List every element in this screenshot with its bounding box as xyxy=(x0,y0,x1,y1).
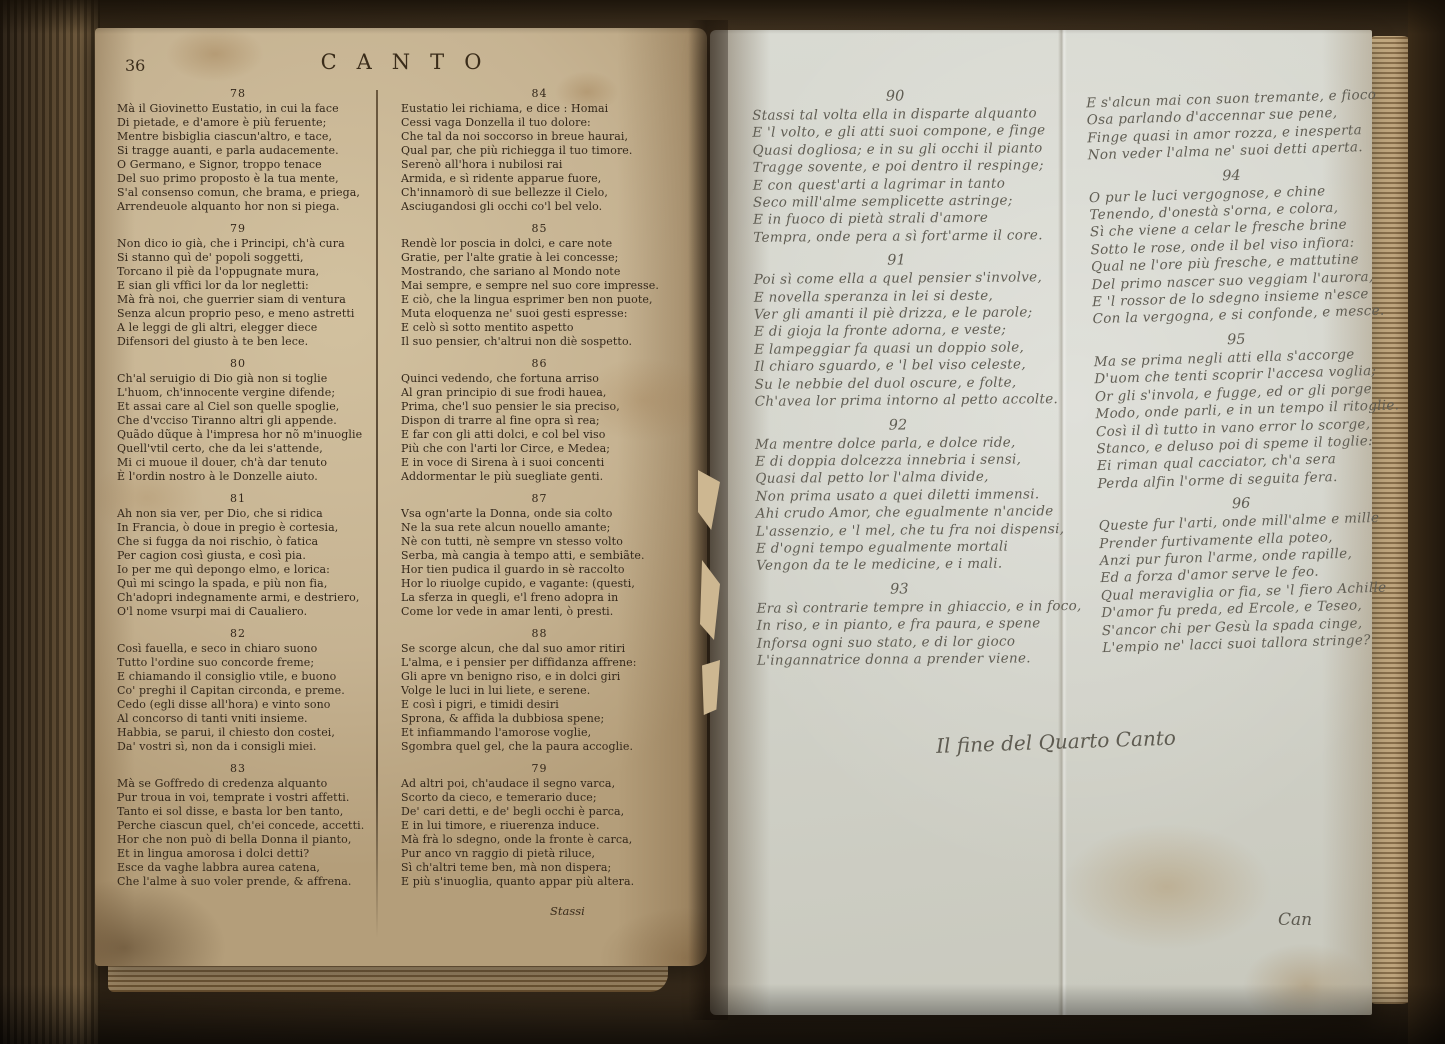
verse-line: Quì mi scingo la spada, e più non fia, xyxy=(117,577,373,591)
verse-line: Serba, mà cangia à tempo atti, e sembiãt… xyxy=(401,549,692,563)
verse-line: Di pietade, e d'amore è più feruente; xyxy=(117,116,373,130)
verse-line: In Francia, ò doue in pregio è cortesia, xyxy=(117,521,373,535)
verse-line: Eustatio lei richiama, e dice : Homai xyxy=(401,102,692,116)
manuscript-stanza: 94 O pur le luci vergognose, e chine Ten… xyxy=(1066,163,1401,330)
verse-line: Cessi vaga Donzella il tuo dolore: xyxy=(401,116,692,130)
print-column-right: 84 Eustatio lei richiama, e dice : Homai… xyxy=(387,88,692,898)
verse-line: Co' preghi il Capitan circonda, e preme. xyxy=(117,684,373,698)
verse-line: Vsa ogn'arte la Donna, onde sia colto xyxy=(401,507,692,521)
manuscript-catchword: Can xyxy=(1278,910,1312,930)
verse-line: O Germano, e Signor, troppo tenace xyxy=(117,158,373,172)
verse-line: Mà se Goffredo di credenza alquanto xyxy=(117,777,373,791)
stanza-number: 88 xyxy=(387,628,692,640)
manuscript-stanza: E s'alcun mai con suon tremante, e fioco… xyxy=(1064,86,1396,165)
stanza: 86 Quinci vedendo, che fortuna arriso Al… xyxy=(387,358,692,484)
verse-line: Quell'vtil certo, che da lei s'attende, xyxy=(117,442,373,456)
verse-line: Al gran principio di sue frodi hauea, xyxy=(401,386,692,400)
verse-line: Hor lo riuolge cupido, e vagante: (quest… xyxy=(401,577,692,591)
verse-line: Mai sempre, e sempre nel suo core impres… xyxy=(401,279,692,293)
verse-line: Tutto l'ordine suo concorde freme; xyxy=(117,656,373,670)
stanza-lines: Stassi tal volta ella in disparte alquan… xyxy=(730,105,1061,247)
verse-line: Se scorge alcun, che dal suo amor ritiri xyxy=(401,642,692,656)
verse-line: Torcano il piè da l'oppugnate mura, xyxy=(117,265,373,279)
verse-line: Ch'innamorò di sue bellezze il Cielo, xyxy=(401,186,692,200)
verse-line: Perche ciascun quel, ch'ei concede, acce… xyxy=(117,819,373,833)
manuscript-stanza: 95 Ma se prima negli atti ella s'accorge… xyxy=(1071,327,1406,494)
verse-line: Prima, che'l suo pensier le sia preciso, xyxy=(401,400,692,414)
verse-line: Il suo pensier, ch'altrui non diè sospet… xyxy=(401,335,692,349)
stanza-number: 78 xyxy=(103,88,373,100)
verse-line: E chiamando il consiglio vtile, e buono xyxy=(117,670,373,684)
stanza-lines: Vsa ogn'arte la Donna, onde sia colto Ne… xyxy=(387,507,692,619)
verse-line: Pur anco vn raggio di pietà riluce, xyxy=(401,847,692,861)
verse-line: Vengon da te le medicine, e i mali. xyxy=(756,555,1064,575)
verse-line: E sian gli vffici lor da lor negletti: xyxy=(117,279,373,293)
manuscript-column-right: E s'alcun mai con suon tremante, e fioco… xyxy=(1064,86,1411,665)
verse-line: Più che con l'arti lor Circe, e Medea; xyxy=(401,442,692,456)
verse-line: Armida, e sì ridente apparue fuore, xyxy=(401,172,692,186)
verse-line: Sì ch'altri teme ben, mà non dispera; xyxy=(401,861,692,875)
verse-line: Sgombra quel gel, che la paura accoglie. xyxy=(401,740,692,754)
verse-line: La sferza in quegli, e'l freno adopra in xyxy=(401,591,692,605)
verse-line: Addormentar le più suegliate genti. xyxy=(401,470,692,484)
stanza-number: 85 xyxy=(387,223,692,235)
verse-line: Qual par, che più richiegga il tuo timor… xyxy=(401,144,692,158)
verse-line: Ch'al seruigio di Dio già non si toglie xyxy=(117,372,373,386)
verse-line: A le leggi de gli altri, elegger diece xyxy=(117,321,373,335)
stanza-lines: E s'alcun mai con suon tremante, e fioco… xyxy=(1064,86,1396,165)
stanza-lines: Ma mentre dolce parla, e dolce ride, E d… xyxy=(733,434,1064,576)
stanza-number: 83 xyxy=(103,763,373,775)
verse-line: Come lor vede in amar lenti, ò presti. xyxy=(401,605,692,619)
verse-line: Et in lingua amorosa i dolci detti? xyxy=(117,847,373,861)
column-rule xyxy=(376,90,378,938)
verse-line: Si tragge auanti, e parla audacemente. xyxy=(117,144,373,158)
verse-line: Ad altri poi, ch'audace il segno varca, xyxy=(401,777,692,791)
verse-line: Dispon di trarre al fine opra sì rea; xyxy=(401,414,692,428)
verse-line: Ahi crudo Amor, che egualmente n'ancide xyxy=(756,503,1064,523)
verse-line: Che tal da noi soccorso in breue haurai, xyxy=(401,130,692,144)
verse-line: E in voce di Sirena à i suoi concenti xyxy=(401,456,692,470)
stanza-number: 87 xyxy=(387,493,692,505)
verse-line: Serenò all'hora i nubilosi rai xyxy=(401,158,692,172)
verse-line: L'assenzio, e 'l mel, che tu fra noi dis… xyxy=(756,521,1064,541)
stanza: 81 Ah non sia ver, per Dio, che si ridic… xyxy=(103,493,373,619)
verse-line: Quãdo dũque à l'impresa hor nõ m'inuogli… xyxy=(117,428,373,442)
stanza-lines: Così fauella, e seco in chiaro suono Tut… xyxy=(103,642,373,754)
verse-line: L'ingannatrice donna a prender viene. xyxy=(757,650,1065,670)
verse-line: Volge le luci in lui liete, e serene. xyxy=(401,684,692,698)
bottom-shadow xyxy=(0,984,1445,1044)
verse-line: L'huom, ch'innocente vergine difende; xyxy=(117,386,373,400)
verse-line: Mostrando, che sariano al Mondo note xyxy=(401,265,692,279)
verse-line: Hor che non può di bella Donna il pianto… xyxy=(117,833,373,847)
stanza-number: 82 xyxy=(103,628,373,640)
verse-line: Che l'alme à suo voler prende, & affrena… xyxy=(117,875,373,889)
verse-line: Mi ci muoue il douer, ch'à dar tenuto xyxy=(117,456,373,470)
catchword: Stassi xyxy=(550,904,585,918)
print-column-left: 78 Mà il Giovinetto Eustatio, in cui la … xyxy=(103,88,373,898)
stanza-lines: Non dico io già, che i Principi, ch'à cu… xyxy=(103,237,373,349)
stanza: 85 Rendè lor poscia in dolci, e care not… xyxy=(387,223,692,349)
stanza: 87 Vsa ogn'arte la Donna, onde sia colto… xyxy=(387,493,692,619)
verse-line: Così fauella, e seco in chiaro suono xyxy=(117,642,373,656)
stanza-number: 92 xyxy=(733,416,1063,435)
manuscript-stanza: 93 Era sì contrarie tempre in ghiaccio, … xyxy=(734,580,1065,671)
stanza: 84 Eustatio lei richiama, e dice : Homai… xyxy=(387,88,692,214)
verse-line: E far con gli atti dolci, e col bel viso xyxy=(401,428,692,442)
manuscript-stanza: 90 Stassi tal volta ella in disparte alq… xyxy=(730,87,1061,247)
verse-line: E celò sì sotto mentito aspetto xyxy=(401,321,692,335)
background-right xyxy=(1408,0,1445,1044)
verse-line: Si stanno quì de' popoli soggetti, xyxy=(117,251,373,265)
stanza-lines: Mà se Goffredo di credenza alquanto Pur … xyxy=(103,777,373,889)
stanza: 83 Mà se Goffredo di credenza alquanto P… xyxy=(103,763,373,889)
verse-line: Ah non sia ver, per Dio, che si ridica xyxy=(117,507,373,521)
top-shadow xyxy=(0,0,1445,34)
verse-line: E di doppia dolcezza innebria i sensi, xyxy=(755,451,1063,471)
stanza-lines: Mà il Giovinetto Eustatio, in cui la fac… xyxy=(103,102,373,214)
stanza-lines: Ad altri poi, ch'audace il segno varca, … xyxy=(387,777,692,889)
verse-line: S'al consenso comun, che brama, e priega… xyxy=(117,186,373,200)
verse-line: Pur troua in voi, temprate i vostri affe… xyxy=(117,791,373,805)
verse-line: È l'ordin nostro à le Donzelle aiuto. xyxy=(117,470,373,484)
stanza-lines: Rendè lor poscia in dolci, e care note G… xyxy=(387,237,692,349)
stanza: 82 Così fauella, e seco in chiaro suono … xyxy=(103,628,373,754)
verse-line: Che si fugga da noi rischio, ò fatica xyxy=(117,535,373,549)
verse-line: Mà il Giovinetto Eustatio, in cui la fac… xyxy=(117,102,373,116)
verse-line: Ver gli amanti il piè drizza, e le parol… xyxy=(754,304,1062,324)
verse-line: Tragge sovente, e poi dentro il respinge… xyxy=(753,157,1061,177)
verse-line: Scorto da cieco, e temerario duce; xyxy=(401,791,692,805)
verse-line: Nè con tutti, nè sempre vn stesso volto xyxy=(401,535,692,549)
stanza: 88 Se scorge alcun, che dal suo amor rit… xyxy=(387,628,692,754)
stanza-lines: Ma se prima negli atti ella s'accorge D'… xyxy=(1072,345,1406,494)
verse-line: Mà frà lo sdegno, onde la fronte è carca… xyxy=(401,833,692,847)
manuscript-stanza: 91 Poi sì come ella a quel pensier s'inv… xyxy=(731,251,1062,411)
stanza-lines: O pur le luci vergognose, e chine Tenend… xyxy=(1067,181,1401,330)
verse-line: Tanto ei sol disse, e basta lor ben tant… xyxy=(117,805,373,819)
manuscript-page: 90 Stassi tal volta ella in disparte alq… xyxy=(710,30,1372,1015)
verse-line: Habbia, se parui, il chiesto don costei, xyxy=(117,726,373,740)
verse-line: Senza alcun proprio peso, e meno astrett… xyxy=(117,307,373,321)
verse-line: In riso, e in pianto, e fra paura, e spe… xyxy=(757,615,1065,635)
verse-line: Difensori del giusto à te ben lece. xyxy=(117,335,373,349)
book-photo: 36 CANTO 78 Mà il Giovinetto Eustatio, i… xyxy=(0,0,1445,1044)
stanza-number: 79 xyxy=(387,763,692,775)
verse-line: Muta eloquenza ne' suoi gesti espresse: xyxy=(401,307,692,321)
stanza-lines: Era sì contrarie tempre in ghiaccio, e i… xyxy=(734,598,1065,671)
verse-line: Esce da vaghe labbra aurea catena, xyxy=(117,861,373,875)
stanza-lines: Ch'al seruigio di Dio già non si toglie … xyxy=(103,372,373,484)
verse-line: Sprona, & affida la dubbiosa spene; xyxy=(401,712,692,726)
manuscript-column-left: 90 Stassi tal volta ella in disparte alq… xyxy=(730,87,1065,677)
stanza: 78 Mà il Giovinetto Eustatio, in cui la … xyxy=(103,88,373,214)
verse-line: Non dico io già, che i Principi, ch'à cu… xyxy=(117,237,373,251)
verse-line: Del suo primo proposto è la tua mente, xyxy=(117,172,373,186)
stanza-number: 90 xyxy=(730,87,1060,106)
verse-line: Che d'vcciso Tiranno altri gli appende. xyxy=(117,414,373,428)
verse-line: E in lui timore, e riuerenza induce. xyxy=(401,819,692,833)
stanza-number: 84 xyxy=(387,88,692,100)
verse-line: Asciugandosi gli occhi co'l bel velo. xyxy=(401,200,692,214)
verse-line: Et assai care al Ciel son quelle spoglie… xyxy=(117,400,373,414)
verse-line: Io per me quì depongo elmo, e lorica: xyxy=(117,563,373,577)
stanza: 79 Ad altri poi, ch'audace il segno varc… xyxy=(387,763,692,889)
stanza-number: 91 xyxy=(731,251,1061,270)
stanza-lines: Ah non sia ver, per Dio, che si ridica I… xyxy=(103,507,373,619)
verse-line: Cedo (egli disse all'hora) e vinto sono xyxy=(117,698,373,712)
verse-line: E ciò, che la lingua esprimer ben non pu… xyxy=(401,293,692,307)
verse-line: Gli apre vn benigno riso, e in dolci gir… xyxy=(401,670,692,684)
verse-line: Tempra, onde pera a sì fort'arme il core… xyxy=(753,227,1061,247)
verse-line: L'alma, e i pensier per diffidanza affre… xyxy=(401,656,692,670)
stanza-number: 81 xyxy=(103,493,373,505)
verse-line: Hor tien pudica il guardo in sè raccolto xyxy=(401,563,692,577)
verse-line: Per cagion così giusta, e così pia. xyxy=(117,549,373,563)
stanza-lines: Eustatio lei richiama, e dice : Homai Ce… xyxy=(387,102,692,214)
stanza: 80 Ch'al seruigio di Dio già non si togl… xyxy=(103,358,373,484)
verse-line: Quinci vedendo, che fortuna arriso xyxy=(401,372,692,386)
verse-line: Et infiammando l'amorose voglie, xyxy=(401,726,692,740)
verse-line: Al concorso di tanti vniti insieme. xyxy=(117,712,373,726)
verse-line: Arrendeuole alquanto hor non si piega. xyxy=(117,200,373,214)
stanza-number: 93 xyxy=(734,580,1064,599)
verse-line: O'l nome vsurpi mai di Caualiero. xyxy=(117,605,373,619)
verse-line: E così i pigri, e timidi desiri xyxy=(401,698,692,712)
verse-line: Gratie, per l'alte gratie à lei concesse… xyxy=(401,251,692,265)
verse-line: Ne la sua rete alcun nouello amante; xyxy=(401,521,692,535)
verse-line: Mentre bisbiglia ciascun'altro, e tace, xyxy=(117,130,373,144)
printed-page: 36 CANTO 78 Mà il Giovinetto Eustatio, i… xyxy=(95,28,707,966)
manuscript-stanza: 96 Queste fur l'arti, onde mill'alme e m… xyxy=(1076,491,1411,658)
running-head: CANTO xyxy=(95,50,707,74)
canto-end-inscription: Il fine del Quarto Canto xyxy=(936,722,1277,758)
stanza: 79 Non dico io già, che i Principi, ch'à… xyxy=(103,223,373,349)
verse-line: Il chiaro sguardo, e 'l bel viso celeste… xyxy=(754,356,1062,376)
verse-line: E più s'inuoglia, quanto appar più alter… xyxy=(401,875,692,889)
verse-line: Ch'avea lor prima intorno al petto accol… xyxy=(755,391,1063,411)
book-cover-edge xyxy=(0,0,100,1044)
stanza-number: 86 xyxy=(387,358,692,370)
stanza-lines: Queste fur l'arti, onde mill'alme e mill… xyxy=(1077,509,1411,658)
manuscript-stanza: 92 Ma mentre dolce parla, e dolce ride, … xyxy=(733,416,1064,576)
stanza-lines: Se scorge alcun, che dal suo amor ritiri… xyxy=(387,642,692,754)
stanza-lines: Poi sì come ella a quel pensier s'involv… xyxy=(732,269,1063,411)
verse-line: Ch'adopri indegnamente armi, e destriero… xyxy=(117,591,373,605)
stanza-number: 79 xyxy=(103,223,373,235)
stanza-lines: Quinci vedendo, che fortuna arriso Al gr… xyxy=(387,372,692,484)
verse-line: Da' vostri sì, non da i consigli miei. xyxy=(117,740,373,754)
verse-line: De' cari detti, e de' begli occhi è parc… xyxy=(401,805,692,819)
verse-line: Poi sì come ella a quel pensier s'involv… xyxy=(754,269,1062,289)
verse-line: Rendè lor poscia in dolci, e care note xyxy=(401,237,692,251)
stanza-number: 80 xyxy=(103,358,373,370)
verse-line: Mà frà noi, che guerrier siam di ventura xyxy=(117,293,373,307)
